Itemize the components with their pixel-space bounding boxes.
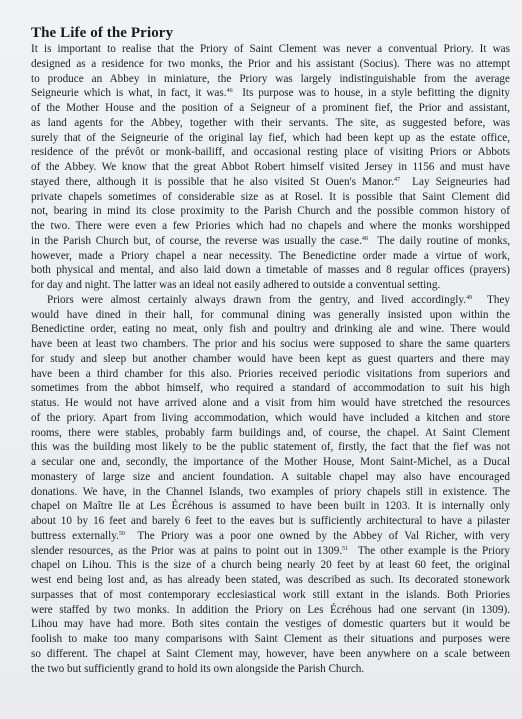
text-line: in the Parish Church but, of course, the… — [31, 234, 510, 249]
text-line: Priors were almost certainly always draw… — [31, 293, 510, 308]
text-line: designed as a residence for two monks, t… — [31, 57, 510, 72]
text-line: foolish to make too many comparisons wit… — [31, 632, 510, 647]
text-line: as land agents for the Abbey, together w… — [31, 116, 510, 131]
text-line: for study and sleep but another chamber … — [31, 352, 510, 367]
text-line: donations. We have, in the Channel Islan… — [31, 485, 510, 500]
text-line: have been at least two chambers. The pri… — [31, 337, 510, 352]
text-line: of the Abbey. We know that the great Abb… — [31, 160, 510, 175]
line-text: slender resources, as the Prior was at p… — [31, 545, 342, 557]
text-line: both physical and mental, and also laid … — [31, 263, 510, 278]
section-heading: The Life of the Priory — [31, 24, 173, 42]
text-line: a secular one and, secondly, the importa… — [31, 455, 510, 470]
text-line: of the priory. Apart from living accommo… — [31, 411, 510, 426]
text-line: west end being lost and, as has already … — [31, 573, 510, 588]
paragraph-2: Priors were almost certainly always draw… — [31, 293, 510, 677]
line-text: stayed there, although it is possible th… — [31, 176, 394, 188]
text-line: chapel on Lihou. This is the size of a c… — [31, 558, 510, 573]
text-line: surpasses that of most contemporary eccl… — [31, 588, 510, 603]
line-text: in the Parish Church but, of course, the… — [31, 235, 362, 247]
line-text: The daily routine of monks, — [368, 235, 510, 247]
text-line: residence of the prévôt or monk-bailiff,… — [31, 145, 510, 160]
text-line: the two. There were even a few Priories … — [31, 219, 510, 234]
document-page: The Life of the Priory It is important t… — [0, 0, 522, 719]
line-text: The other example is the Priory — [348, 545, 510, 557]
text-line: surely that of the Seigneurie of the ori… — [31, 131, 510, 146]
text-line: Lihou may have had more. Both sites cont… — [31, 617, 510, 632]
text-line: slender resources, as the Prior was at p… — [31, 544, 510, 559]
text-line: status. He would not have arrived alone … — [31, 396, 510, 411]
text-line: about 10 by 16 feet and barely 6 feet to… — [31, 514, 510, 529]
text-line: Benedictine order, eating no meat, only … — [31, 322, 510, 337]
text-line: would have dined in their hall, for comm… — [31, 308, 510, 323]
line-text: They — [472, 294, 510, 306]
text-line: of the Mother House and the position of … — [31, 101, 510, 116]
text-line: not, bearing in mind its close proximity… — [31, 204, 510, 219]
line-text: Lay Seigneuries had — [400, 176, 510, 188]
text-line: Seigneurie which is what, in fact, it wa… — [31, 86, 510, 101]
text-line: so different. The chapel at Saint Clemen… — [31, 647, 510, 662]
line-text: buttress externally. — [31, 530, 119, 542]
text-line: It is important to realise that the Prio… — [31, 42, 510, 57]
text-line: to produce an Abbey in miniature, the Pr… — [31, 72, 510, 87]
text-line: this was the building most likely to be … — [31, 440, 510, 455]
text-line: rooms, there were stables, probably farm… — [31, 426, 510, 441]
text-line: sometimes from the abbot himself, who re… — [31, 381, 510, 396]
line-text: The Priory was a poor one owned by the A… — [125, 530, 510, 542]
paragraph-1: It is important to realise that the Prio… — [31, 42, 510, 293]
text-line: buttress externally.50 The Priory was a … — [31, 529, 510, 544]
line-text: Its purpose was to house, in a style bef… — [233, 87, 510, 99]
line-text: Priors were almost certainly always draw… — [47, 294, 466, 306]
text-line: the two but sufficiently grand to hold i… — [31, 662, 510, 677]
text-line: monastery of large size and ancient foun… — [31, 470, 510, 485]
text-line: chapel on Maître Ile at Les Écréhous is … — [31, 499, 510, 514]
text-line: however, made a Priory chapel a near nec… — [31, 249, 510, 264]
text-line: have been a third chamber for this also.… — [31, 367, 510, 382]
body-text: It is important to realise that the Prio… — [31, 42, 510, 676]
text-line: for day and night. The latter was an ide… — [31, 278, 510, 293]
text-line: stayed there, although it is possible th… — [31, 175, 510, 190]
text-line: were staffed by two monks. In addition t… — [31, 603, 510, 618]
line-text: Seigneurie which is what, in fact, it wa… — [31, 87, 227, 99]
text-line: private chapels sometimes of considerabl… — [31, 190, 510, 205]
